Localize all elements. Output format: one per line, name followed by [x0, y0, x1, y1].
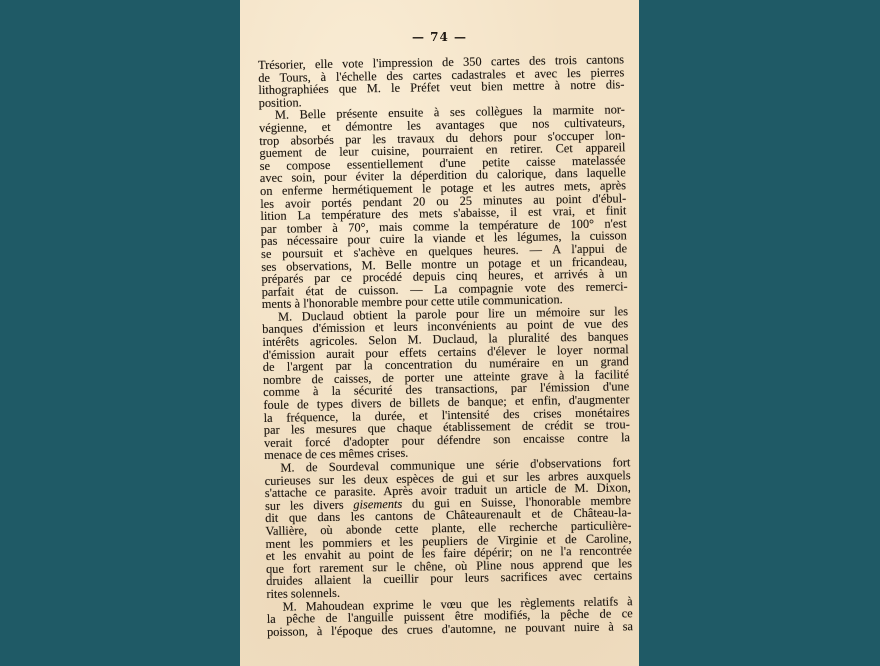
page-number: — 74 — — [240, 30, 639, 44]
scanned-page: — 74 — Trésorier, elle vote l'impression… — [240, 0, 639, 666]
body-text: Trésorier, elle vote l'impression de 350… — [258, 53, 633, 638]
